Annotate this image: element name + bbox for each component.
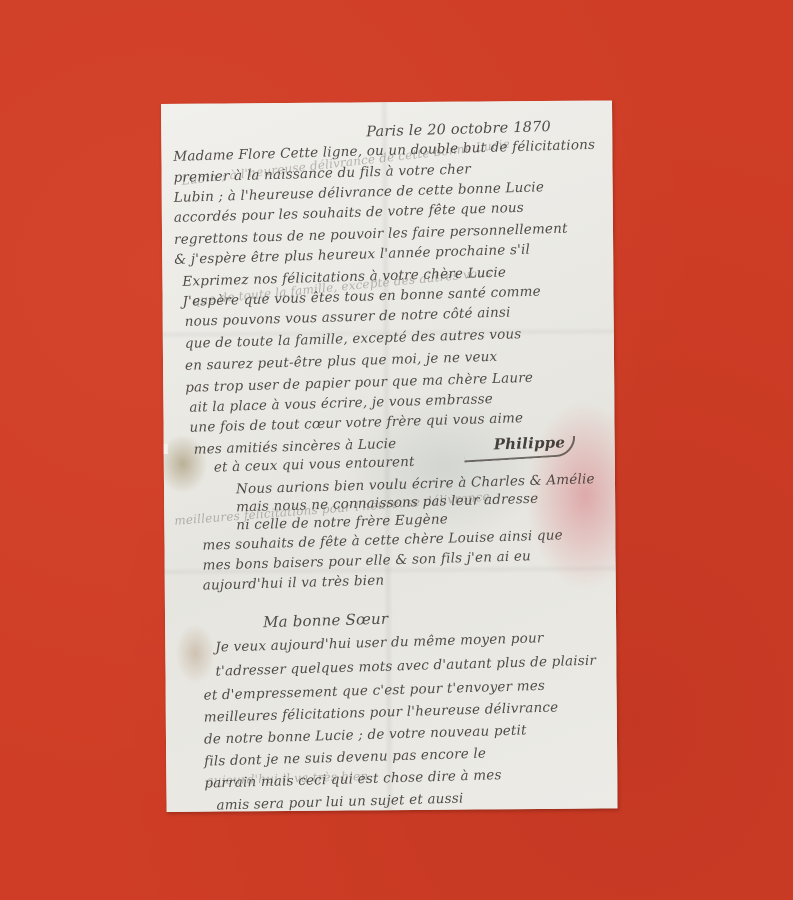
handwritten-letter-sheet: Lubin ; à l'heureuse délivrance de cette… [161,100,618,812]
pink-stain [524,400,617,591]
foxing-stain [175,624,215,684]
letter-line: amis sera pour lui un sujet et aussi [216,790,463,811]
letter-line: en saurez peut-être plus que moi, je ne … [185,349,498,374]
signature-flourish [463,436,576,463]
dateline: Paris le 20 octobre 1870 [366,119,551,140]
letter-line: Je veux aujourd'hui user du même moyen p… [215,630,544,655]
greeting: Ma bonne Sœur [263,610,389,632]
letter-line: fils dont je ne suis devenu pas encore l… [204,746,486,770]
letter-line: et d'empressement que c'est pour t'envoy… [203,678,545,704]
letter-line: t'adresser quelques mots avec d'autant p… [215,653,596,680]
letter-line: et à ceux qui vous entourent [214,454,415,476]
letter-line: que de toute la famille, excepté des aut… [185,326,522,352]
letter-line: aujourd'hui il va très bien [203,572,385,593]
letter-line: parrain mais ceci qui est chose dire à m… [204,767,502,792]
letter-line: meilleures félicitations pour l'heureuse… [204,699,559,725]
letter-line: de notre bonne Lucie ; de votre nouveau … [204,722,527,747]
